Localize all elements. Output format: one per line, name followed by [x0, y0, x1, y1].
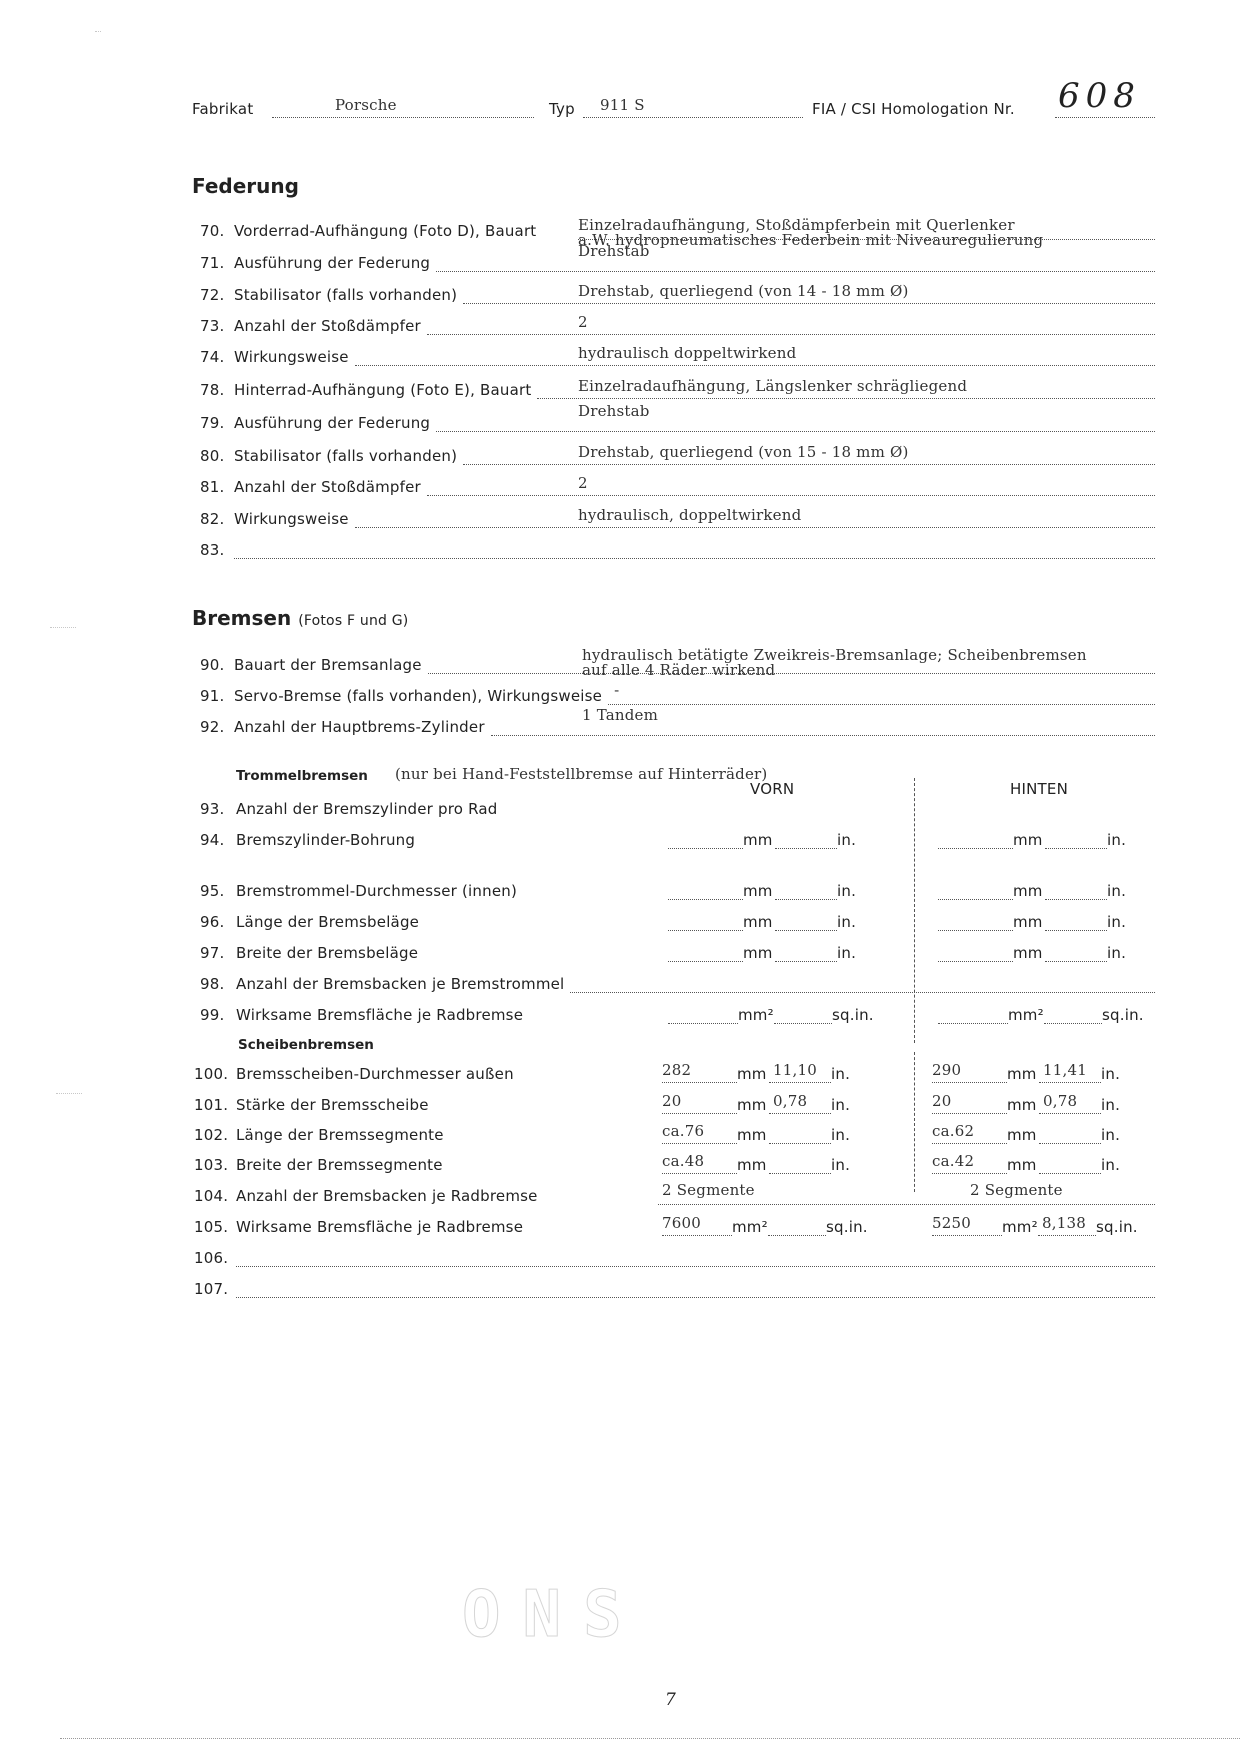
unit-label: mm²: [732, 1218, 768, 1236]
item-label: Anzahl der Stoßdämpfer: [234, 478, 421, 496]
front-in-field-line: [768, 1235, 826, 1236]
unit-label: mm²: [1008, 1006, 1044, 1024]
typ-value: 911 S: [600, 96, 645, 114]
unit-label: in.: [1107, 882, 1126, 900]
front-mm-value: 7600: [662, 1214, 701, 1232]
field-line: [234, 558, 1155, 559]
field-line: [428, 673, 1155, 674]
rear-mm-field-line: [932, 1082, 1007, 1083]
field-line: [608, 704, 1155, 705]
item-value: 2: [578, 474, 588, 492]
item-number: 79.: [200, 414, 224, 432]
field-line: [436, 431, 1155, 432]
item-number: 95.: [200, 882, 224, 900]
rear-in-field-line: [1045, 930, 1107, 931]
item-value: Drehstab: [578, 242, 650, 260]
rear-value: 2 Segmente: [970, 1181, 1063, 1199]
front-in-value: 0,78: [773, 1092, 807, 1110]
front-mm-field-line: [668, 961, 743, 962]
trommelbremsen-note: (nur bei Hand-Feststellbremse auf Hinter…: [395, 765, 767, 783]
front-in-value: 11,10: [773, 1061, 817, 1079]
unit-label: mm: [743, 944, 773, 962]
front-mm-field-line: [668, 930, 743, 931]
field-line: [570, 992, 1155, 993]
item-number: 82.: [200, 510, 224, 528]
typ-field-line: [583, 117, 803, 118]
item-number: 97.: [200, 944, 224, 962]
unit-label: mm²: [738, 1006, 774, 1024]
field-line: [427, 495, 1155, 496]
item-number: 99.: [200, 1006, 224, 1024]
margin-mark: [56, 1093, 82, 1094]
unit-label: mm: [737, 1096, 767, 1114]
item-number: 78.: [200, 381, 224, 399]
field-line: [355, 365, 1155, 366]
rear-mm-field-line: [938, 1023, 1008, 1024]
field-line: [236, 1266, 1155, 1267]
item-value: Drehstab, querliegend (von 15 - 18 mm Ø): [578, 443, 909, 461]
front-in-field-line: [769, 1113, 831, 1114]
item-label: Servo-Bremse (falls vorhanden), Wirkungs…: [234, 687, 602, 705]
item-number: 107.: [194, 1280, 228, 1298]
unit-label: mm: [1013, 944, 1043, 962]
unit-label: mm: [743, 882, 773, 900]
rear-in-value: 0,78: [1043, 1092, 1077, 1110]
typ-label: Typ: [549, 100, 575, 118]
rear-in-field-line: [1039, 1173, 1101, 1174]
rear-mm-field-line: [938, 848, 1013, 849]
item-number: 71.: [200, 254, 224, 272]
field-line: [236, 1297, 1155, 1298]
item-label: Wirkungsweise: [234, 510, 349, 528]
rear-in-field-line: [1045, 848, 1107, 849]
bremsen-title: Bremsen: [192, 606, 291, 630]
item-label: Wirkungsweise: [234, 348, 349, 366]
column-header-vorn: VORN: [750, 780, 794, 798]
item-value: Drehstab: [578, 402, 650, 420]
item-number: 83.: [200, 541, 224, 559]
rear-in-value: 8,138: [1042, 1214, 1086, 1232]
item-label: Wirksame Bremsfläche je Radbremse: [236, 1218, 523, 1236]
item-value: 2: [578, 313, 588, 331]
unit-label: mm: [1007, 1065, 1037, 1083]
item-number: 96.: [200, 913, 224, 931]
item-number: 70.: [200, 222, 224, 240]
section-title-federung: Federung: [192, 174, 299, 198]
unit-label: in.: [837, 831, 856, 849]
unit-label: in.: [1107, 831, 1126, 849]
unit-label: in.: [1101, 1126, 1120, 1144]
trommelbremsen-title: Trommelbremsen: [236, 768, 368, 784]
front-mm-value: ca.76: [662, 1122, 704, 1140]
unit-label: in.: [831, 1126, 850, 1144]
item-number: 80.: [200, 447, 224, 465]
item-label: Anzahl der Hauptbrems-Zylinder: [234, 718, 485, 736]
column-divider-top: [914, 778, 915, 1043]
homologation-label: FIA / CSI Homologation Nr.: [812, 100, 1015, 118]
rear-mm-field-line: [938, 930, 1013, 931]
rear-mm-field-line: [938, 961, 1013, 962]
item-number: 94.: [200, 831, 224, 849]
unit-label: mm: [1013, 913, 1043, 931]
unit-label: in.: [1107, 944, 1126, 962]
unit-label: in.: [831, 1156, 850, 1174]
front-mm-field-line: [662, 1113, 737, 1114]
item-number: 104.: [194, 1187, 228, 1205]
item-value: Einzelradaufhängung, Längslenker schrägl…: [578, 377, 967, 395]
front-mm-field-line: [668, 899, 743, 900]
item-value: hydraulisch doppeltwirkend: [578, 344, 796, 362]
front-in-field-line: [775, 848, 837, 849]
fabrikat-label: Fabrikat: [192, 100, 253, 118]
rear-mm-value: ca.62: [932, 1122, 974, 1140]
field-line: [463, 303, 1155, 304]
unit-label: sq.in.: [1102, 1006, 1144, 1024]
rear-mm-field-line: [932, 1143, 1007, 1144]
fabrikat-value: Porsche: [335, 96, 397, 114]
item-label: Anzahl der Bremszylinder pro Rad: [236, 800, 498, 818]
margin-mark: [50, 627, 76, 628]
rear-mm-value: 5250: [932, 1214, 971, 1232]
item-number: 98.: [200, 975, 224, 993]
rear-mm-field-line: [932, 1173, 1007, 1174]
item-label: Bremszylinder-Bohrung: [236, 831, 415, 849]
rear-mm-value: 20: [932, 1092, 952, 1110]
unit-label: mm: [737, 1156, 767, 1174]
unit-label: in.: [831, 1065, 850, 1083]
item-number: 93.: [200, 800, 224, 818]
item-value: -: [614, 681, 619, 699]
rear-in-field-line: [1039, 1143, 1101, 1144]
item-label: Bauart der Bremsanlage: [234, 656, 422, 674]
unit-label: sq.in.: [826, 1218, 868, 1236]
rear-in-field-line: [1039, 1113, 1101, 1114]
item-value: hydraulisch, doppeltwirkend: [578, 506, 801, 524]
field-line: [463, 464, 1155, 465]
item-number: 73.: [200, 317, 224, 335]
item-label: Länge der Bremssegmente: [236, 1126, 444, 1144]
unit-label: in.: [837, 944, 856, 962]
front-in-field-line: [769, 1082, 831, 1083]
unit-label: in.: [837, 913, 856, 931]
unit-label: in.: [831, 1096, 850, 1114]
item-label: Bremsscheiben-Durchmesser außen: [236, 1065, 514, 1083]
item-number: 81.: [200, 478, 224, 496]
column-divider-bottom: [914, 1052, 915, 1192]
rear-in-field-line: [1038, 1235, 1096, 1236]
item-number: 91.: [200, 687, 224, 705]
item-number: 106.: [194, 1249, 228, 1267]
item-label: Breite der Bremsbeläge: [236, 944, 418, 962]
rear-mm-field-line: [932, 1235, 1002, 1236]
front-mm-value: 20: [662, 1092, 682, 1110]
margin-mark: [95, 31, 101, 32]
rear-in-field-line: [1039, 1082, 1101, 1083]
front-mm-field-line: [668, 848, 743, 849]
unit-label: mm: [1007, 1156, 1037, 1174]
unit-label: in.: [1107, 913, 1126, 931]
item-number: 103.: [194, 1156, 228, 1174]
item-value-continued: auf alle 4 Räder wirkend: [582, 661, 775, 679]
unit-label: in.: [1101, 1096, 1120, 1114]
front-in-field-line: [774, 1023, 832, 1024]
field-line: [491, 735, 1155, 736]
item-label: Ausführung der Federung: [234, 414, 430, 432]
item-label: Anzahl der Bremsbacken je Bremstrommel: [236, 975, 564, 993]
unit-label: in.: [1101, 1156, 1120, 1174]
rear-mm-value: 290: [932, 1061, 961, 1079]
unit-label: mm: [1013, 831, 1043, 849]
item-label: Bremstrommel-Durchmesser (innen): [236, 882, 517, 900]
front-mm-field-line: [662, 1143, 737, 1144]
front-in-field-line: [775, 961, 837, 962]
item-number: 74.: [200, 348, 224, 366]
rear-in-field-line: [1045, 961, 1107, 962]
unit-label: mm: [743, 913, 773, 931]
item-label: Stärke der Bremsscheibe: [236, 1096, 429, 1114]
column-header-hinten: HINTEN: [1010, 780, 1068, 798]
item-label: Länge der Bremsbeläge: [236, 913, 419, 931]
unit-label: sq.in.: [832, 1006, 874, 1024]
homologation-number: 608: [1058, 76, 1141, 116]
page-number: 7: [665, 1690, 676, 1710]
item-label: Stabilisator (falls vorhanden): [234, 447, 457, 465]
front-mm-value: ca.48: [662, 1152, 704, 1170]
scheibenbremsen-title: Scheibenbremsen: [238, 1037, 374, 1053]
front-in-field-line: [769, 1143, 831, 1144]
unit-label: mm: [737, 1065, 767, 1083]
front-value: 2 Segmente: [662, 1181, 755, 1199]
unit-label: mm: [737, 1126, 767, 1144]
item-number: 90.: [200, 656, 224, 674]
bremsen-subtitle: (Fotos F und G): [298, 613, 408, 629]
unit-label: mm: [1007, 1096, 1037, 1114]
front-in-field-line: [775, 930, 837, 931]
fabrikat-field-line: [272, 117, 534, 118]
field-line: [537, 398, 1155, 399]
item-label: Stabilisator (falls vorhanden): [234, 286, 457, 304]
item-label: Ausführung der Federung: [234, 254, 430, 272]
item-number: 105.: [194, 1218, 228, 1236]
field-line: [355, 527, 1155, 528]
field-line: [436, 271, 1155, 272]
front-mm-field-line: [662, 1173, 737, 1174]
item-number: 100.: [194, 1065, 228, 1083]
front-mm-field-line: [662, 1082, 737, 1083]
item-number: 92.: [200, 718, 224, 736]
field-line: [658, 1204, 1155, 1205]
rear-mm-field-line: [932, 1113, 1007, 1114]
item-number: 72.: [200, 286, 224, 304]
unit-label: mm²: [1002, 1218, 1038, 1236]
item-value: 1 Tandem: [582, 706, 658, 724]
rear-in-field-line: [1044, 1023, 1102, 1024]
front-in-field-line: [775, 899, 837, 900]
ons-perforation-stamp: ONS: [462, 1578, 644, 1652]
item-label: Hinterrad-Aufhängung (Foto E), Bauart: [234, 381, 531, 399]
item-label: Anzahl der Bremsbacken je Radbremse: [236, 1187, 538, 1205]
rear-in-field-line: [1045, 899, 1107, 900]
unit-label: mm: [743, 831, 773, 849]
rear-mm-value: ca.42: [932, 1152, 974, 1170]
item-value: Drehstab, querliegend (von 14 - 18 mm Ø): [578, 282, 909, 300]
unit-label: in.: [1101, 1065, 1120, 1083]
homologation-field-line: [1055, 117, 1155, 118]
unit-label: mm: [1013, 882, 1043, 900]
rear-in-value: 11,41: [1043, 1061, 1087, 1079]
item-label: Anzahl der Stoßdämpfer: [234, 317, 421, 335]
item-label: Vorderrad-Aufhängung (Foto D), Bauart: [234, 222, 536, 240]
front-mm-field-line: [662, 1235, 732, 1236]
item-number: 102.: [194, 1126, 228, 1144]
front-mm-field-line: [668, 1023, 738, 1024]
field-line: [427, 334, 1155, 335]
page-bottom-rule: [60, 1738, 1240, 1739]
item-label: Wirksame Bremsfläche je Radbremse: [236, 1006, 523, 1024]
front-in-field-line: [769, 1173, 831, 1174]
item-label: Breite der Bremssegmente: [236, 1156, 443, 1174]
item-number: 101.: [194, 1096, 228, 1114]
front-mm-value: 282: [662, 1061, 691, 1079]
unit-label: mm: [1007, 1126, 1037, 1144]
unit-label: sq.in.: [1096, 1218, 1138, 1236]
section-title-bremsen: Bremsen (Fotos F und G): [192, 606, 408, 630]
unit-label: in.: [837, 882, 856, 900]
rear-mm-field-line: [938, 899, 1013, 900]
